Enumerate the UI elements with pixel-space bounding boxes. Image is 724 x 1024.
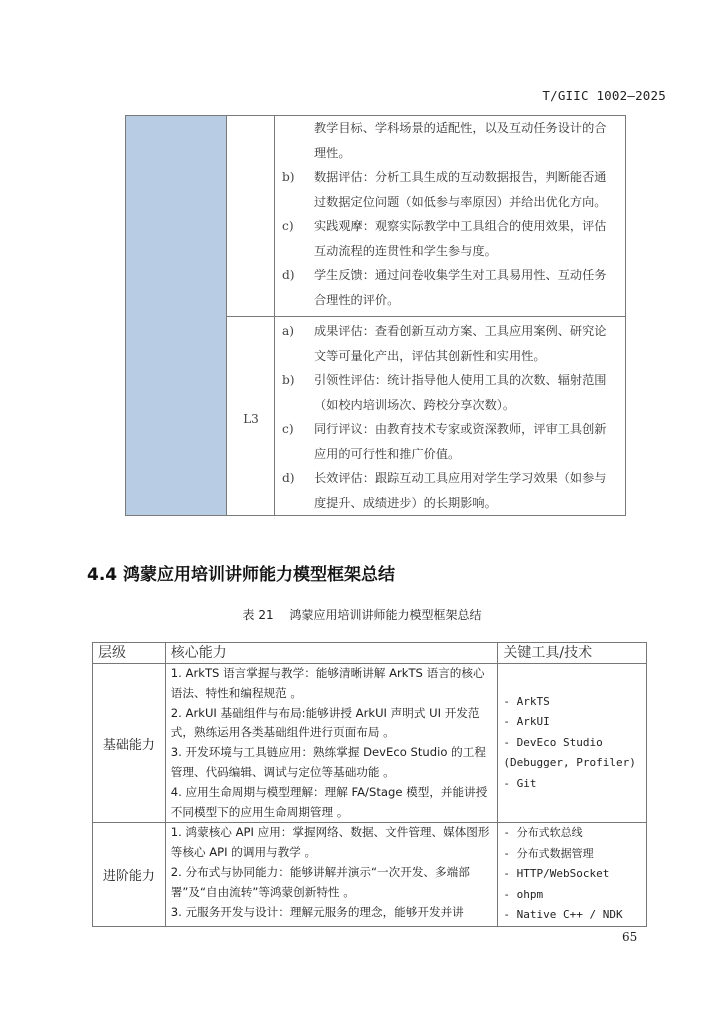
tool-item: - Native C++ / NDK: [503, 905, 641, 926]
capability-item: 1. 鸿蒙核心 API 应用：掌握网络、数据、文件管理、媒体图形等核心 API …: [171, 823, 493, 863]
table-caption-number: 表 21: [243, 608, 274, 622]
evaluation-item: b) 引领性评估：统计指导他人使用工具的次数、辐射范围（如校内培训场次、跨校分享…: [276, 368, 625, 417]
tool-item: - 分布式软总线: [503, 823, 641, 844]
evaluation-item: a) 成果评估：查看创新互动方案、工具应用案例、研究论文等可量化产出，评估其创新…: [276, 319, 625, 368]
category-cell: [126, 116, 227, 515]
evaluation-item: d) 长效评估：跟踪互动工具应用对学生学习效果（如参与度提升、成绩进步）的长期影…: [276, 466, 625, 515]
evaluation-item: c) 同行评议：由教育技术专家或资深教师，评审工具创新应用的可行性和推广价值。: [276, 417, 625, 466]
section-heading: 4.4 鸿蒙应用培训讲师能力模型框架总结: [87, 560, 395, 585]
capability-framework-table: 层级 核心能力 关键工具/技术 基础能力 1. ArkTS 语言掌握与教学：能够…: [92, 642, 647, 927]
table-row: 进阶能力 1. 鸿蒙核心 API 应用：掌握网络、数据、文件管理、媒体图形等核心…: [93, 823, 647, 927]
capability-item: 2. ArkUI 基础组件与布局:能够讲授 ArkUI 声明式 UI 开发范式，…: [171, 704, 493, 744]
evaluation-item: b) 数据评估：分析工具生成的互动数据报告，判断能否通过数据定位问题（如低参与率…: [276, 165, 625, 214]
evaluation-table-continuation: L3 教学目标、学科场景的适配性，以及互动任务设计的合理性。 b) 数据评估：分…: [125, 115, 626, 516]
row-divider: [227, 316, 625, 317]
table-caption: 表 21 鸿蒙应用培训讲师能力模型框架总结: [0, 606, 724, 623]
capability-item: 1. ArkTS 语言掌握与教学：能够清晰讲解 ArkTS 语言的核心语法、特性…: [171, 664, 493, 704]
level-label-l3: L3: [227, 412, 275, 426]
header-core-capability: 核心能力: [165, 643, 498, 664]
capability-item: 4. 应用生命周期与模型理解：理解 FA/Stage 模型，并能讲授不同模型下的…: [171, 783, 493, 823]
level-cell: 基础能力: [93, 664, 166, 823]
evaluation-cell-upper: 教学目标、学科场景的适配性，以及互动任务设计的合理性。 b) 数据评估：分析工具…: [276, 116, 625, 312]
evaluation-item: c) 实践观摩：观察实际教学中工具组合的使用效果，评估互动流程的连贯性和学生参与…: [276, 214, 625, 263]
header-key-tools: 关键工具/技术: [498, 643, 647, 664]
document-code: T/GIIC 1002—2025: [542, 88, 666, 103]
tool-item: - ArkTS: [503, 692, 641, 713]
tool-item: - HTTP/WebSocket: [503, 864, 641, 885]
tools-cell: - 分布式软总线 - 分布式数据管理 - HTTP/WebSocket - oh…: [498, 823, 647, 927]
tool-item: - ohpm: [503, 885, 641, 906]
evaluation-cell-l3: a) 成果评估：查看创新互动方案、工具应用案例、研究论文等可量化产出，评估其创新…: [276, 319, 625, 515]
page-number: 65: [622, 930, 637, 944]
tool-item: (Debugger, Profiler): [503, 753, 641, 774]
capability-item: 2. 分布式与协同能力：能够讲解并演示“一次开发、多端部署”及“自由流转”等鸿蒙…: [171, 863, 493, 903]
tool-item: - 分布式数据管理: [503, 844, 641, 865]
core-capability-cell: 1. ArkTS 语言掌握与教学：能够清晰讲解 ArkTS 语言的核心语法、特性…: [165, 664, 498, 823]
tools-cell: - ArkTS - ArkUI - DevEco Studio (Debugge…: [498, 664, 647, 823]
tool-item: - ArkUI: [503, 712, 641, 733]
header-level: 层级: [93, 643, 166, 664]
table-row: 基础能力 1. ArkTS 语言掌握与教学：能够清晰讲解 ArkTS 语言的核心…: [93, 664, 647, 823]
capability-item: 3. 开发环境与工具链应用：熟练掌握 DevEco Studio 的工程管理、代…: [171, 743, 493, 783]
tool-item: - DevEco Studio: [503, 733, 641, 754]
table-header-row: 层级 核心能力 关键工具/技术: [93, 643, 647, 664]
table-caption-title: 鸿蒙应用培训讲师能力模型框架总结: [289, 608, 481, 622]
evaluation-item: d) 学生反馈：通过问卷收集学生对工具易用性、互动任务合理性的评价。: [276, 263, 625, 312]
tool-item: - Git: [503, 774, 641, 795]
capability-item: 3. 元服务开发与设计：理解元服务的理念，能够开发并讲: [171, 903, 493, 923]
level-cell: 进阶能力: [93, 823, 166, 927]
core-capability-cell: 1. 鸿蒙核心 API 应用：掌握网络、数据、文件管理、媒体图形等核心 API …: [165, 823, 498, 927]
evaluation-item: 教学目标、学科场景的适配性，以及互动任务设计的合理性。: [276, 116, 625, 165]
